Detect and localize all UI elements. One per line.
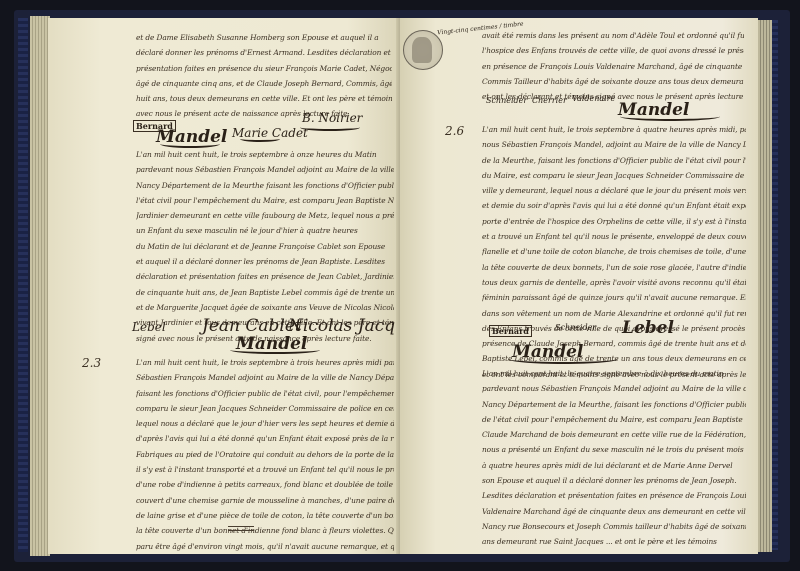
text-line: présentation faites en présence du sieur… — [136, 61, 392, 76]
text-line: d'après l'avis qui lui a été donné qu'un… — [136, 431, 394, 446]
signature: B. Noirier — [302, 111, 362, 125]
text-line: de cinquante huit ans, de Jean Baptiste … — [136, 285, 394, 300]
text-line: paru être âgé d'environ vingt mois, qu'i… — [136, 539, 394, 554]
end-rule — [228, 526, 254, 531]
text-line: l'hospice des Enfans trouvés de cette vi… — [482, 43, 744, 58]
text-line: porte d'entrée de l'hospice des Orphelin… — [482, 214, 746, 229]
text-line: du Maire, est comparu le sieur Jean Jacq… — [482, 168, 746, 183]
signature: Lebel — [132, 320, 166, 334]
text-line: comparu le sieur Jean Jacques Schneider … — [136, 401, 394, 416]
signature-boxed: Bernard — [489, 325, 532, 337]
signature-flourish — [508, 354, 618, 364]
text-line: faisant les fonctions d'Officier public … — [136, 386, 394, 401]
signature-flourish — [240, 136, 280, 142]
text-line: de la Meurthe, faisant les fonctions d'O… — [482, 153, 746, 168]
text-line: âgé de cinquante cinq ans, et de Claude … — [136, 76, 392, 91]
text-line: L'an mil huit cent huit, le trois septem… — [482, 122, 746, 137]
text-line: et de Marguerite Jacquet âgée de soixant… — [136, 300, 394, 315]
seal-figure — [412, 37, 432, 63]
text-line: et auquel il a déclaré donner les prénom… — [136, 254, 394, 269]
text-line: ville y demeurant, lequel nous a déclaré… — [482, 183, 746, 198]
margin-record-number: 2.3 — [82, 356, 101, 370]
text-line: un Enfant du sexe masculin né le jour d'… — [136, 223, 394, 238]
text-line: avait été remis dans les présent au nom … — [482, 28, 744, 43]
signature-flourish — [620, 112, 720, 121]
text-line: Jardinier demeurant en cette ville faubo… — [136, 208, 394, 223]
text-line: huit ans, tous deux demeurans en cette v… — [136, 91, 392, 106]
text-line: pardevant nous Sébastien François Mandel… — [136, 162, 394, 177]
text-line: Sébastien François Mandel adjoint au Mai… — [136, 370, 394, 385]
text-line: nous a présenté un Enfant du sexe mascul… — [482, 442, 746, 457]
signature-flourish — [230, 346, 320, 354]
text-line: et de Dame Elisabeth Susanne Homberg son… — [136, 30, 392, 45]
text-line: du Matin de lui déclarant et de Jeanne F… — [136, 239, 394, 254]
signature: Schneider — [486, 96, 527, 105]
text-line: l'état civil pour l'empêchement du Maire… — [136, 193, 394, 208]
right-top-text: avait été remis dans les présent au nom … — [482, 28, 744, 104]
text-line: Nancy Département de la Meurthe faisant … — [136, 178, 394, 193]
text-line: Nancy rue Bonsecours et Joseph Commis ta… — [482, 519, 746, 534]
text-line: Claude Marchand de bois demeurant en cet… — [482, 427, 746, 442]
text-line: dans son vêtement un nom de Marie Alexan… — [482, 306, 746, 321]
text-line: à quatre heures après midi de lui déclar… — [482, 458, 746, 473]
signature-flourish — [300, 124, 360, 131]
text-line: flanelle et d'une toile de coton blanche… — [482, 244, 746, 259]
text-line: L'an mil huit cent huit, le quatre septe… — [482, 366, 746, 381]
text-line: tous deux garnis de dentelle, après l'av… — [482, 275, 746, 290]
text-line: Valdenaire Marchand âgé de cinquante deu… — [482, 504, 746, 519]
text-line: Commis Tailleur d'habits âgé de soixante… — [482, 74, 744, 89]
right-record-3: L'an mil huit cent huit, le quatre septe… — [482, 366, 746, 550]
text-line: L'an mil huit cent huit, le trois septem… — [136, 355, 394, 370]
binding-edge-left — [18, 18, 28, 552]
text-line: la tête couverte d'un bonnet d'indienne … — [136, 523, 394, 538]
left-record-3: L'an mil huit cent huit, le trois septem… — [136, 355, 394, 554]
text-line: féminin paraissant âgé de quinze jours q… — [482, 290, 746, 305]
text-line: la tête couverte de deux bonnets, l'un d… — [482, 260, 746, 275]
signature: Cherrier — [532, 96, 567, 105]
text-line: Lesdites déclaration et présentation fai… — [482, 488, 746, 503]
margin-record-number: 2.6 — [445, 124, 464, 138]
text-line: L'an mil huit cent huit, le trois septem… — [136, 147, 394, 162]
signature: Schneider — [555, 323, 596, 332]
page-stack-right — [758, 20, 772, 552]
text-line: il s'y est à l'instant transporté et a t… — [136, 462, 394, 477]
text-line: en présence de François Louis Valdenaire… — [482, 59, 744, 74]
text-line: déclaration et présentation faites en pr… — [136, 269, 394, 284]
page-stack-left — [30, 16, 50, 556]
text-line: de l'état civil pour l'empêchement du Ma… — [482, 412, 746, 427]
text-line: Nancy Département de la Meurthe, faisant… — [482, 397, 746, 412]
text-line: ans demeurant rue Saint Jacques ... et o… — [482, 534, 746, 549]
text-line: et demie du soir d'après l'avis qui lui … — [482, 198, 746, 213]
text-line: de laine grise et d'une pièce de toile d… — [136, 508, 394, 523]
text-line: pardevant nous Sébastien François Mandel… — [482, 381, 746, 396]
signature: Jean Cablet — [202, 316, 302, 336]
text-line: d'une robe d'indienne à petits carreaux,… — [136, 477, 394, 492]
text-line: Fabriques au pied de l'Oratoire qui cond… — [136, 447, 394, 462]
text-line: son Epouse et auquel il a déclaré donner… — [482, 473, 746, 488]
signature: Valdenaire — [572, 94, 615, 103]
signature: Lebel — [622, 318, 674, 338]
text-line: couvert d'une chemise garnie de mousseli… — [136, 493, 394, 508]
left-top-text: et de Dame Elisabeth Susanne Homberg son… — [136, 30, 392, 122]
text-line: déclaré donner les prénoms d'Ernest Arma… — [136, 45, 392, 60]
text-line: et a trouvé un Enfant tel qu'il nous le … — [482, 229, 746, 244]
text-line: lequel nous a déclaré que le jour d'hier… — [136, 416, 394, 431]
text-line: nous Sébastien François Mandel, adjoint … — [482, 137, 746, 152]
